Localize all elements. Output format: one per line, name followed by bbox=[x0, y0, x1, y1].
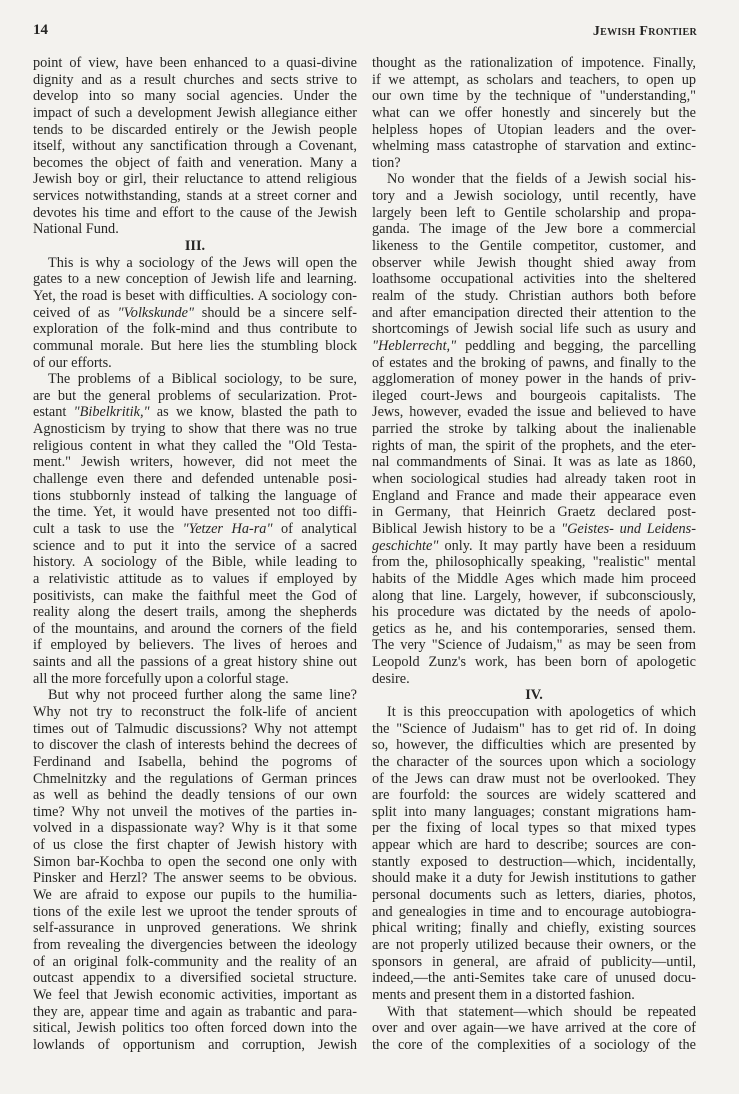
text-line: saints and all the passions of a great h… bbox=[33, 654, 357, 671]
text-line: tory and a Jewish sociology, until recen… bbox=[372, 188, 696, 205]
text-line: Yet, the road is beset with difficulties… bbox=[33, 288, 357, 305]
text-line: stantly exposed to destruction—which, in… bbox=[372, 854, 696, 871]
text-line: self-assurance in unproved generations. … bbox=[33, 920, 357, 937]
text-line: develop into so many social agencies. Un… bbox=[33, 88, 357, 105]
page-number: 14 bbox=[33, 22, 48, 39]
text-line: religious content in what they called th… bbox=[33, 438, 357, 455]
text-line: from revealing the divergencies between … bbox=[33, 937, 357, 954]
text-line: This is why a sociology of the Jews will… bbox=[33, 255, 357, 272]
text-line: tends to be discarded entirely or the Je… bbox=[33, 122, 357, 139]
text-line: habits of the Middle Ages which made him… bbox=[372, 571, 696, 588]
text-line: We are afraid to expose our pupils to th… bbox=[33, 887, 357, 904]
text-line: if employed by believers. The lives of h… bbox=[33, 637, 357, 654]
text-line: along that line. Largely, however, if su… bbox=[372, 588, 696, 605]
text-line: But why not proceed further along the sa… bbox=[33, 687, 357, 704]
text-line: Pinsker and Herzl? The answer seems to b… bbox=[33, 870, 357, 887]
text-line: No wonder that the fields of a Jewish so… bbox=[372, 171, 696, 188]
text-line: parried the stroke by talking about the … bbox=[372, 421, 696, 438]
text-line: ment." Jewish writers, however, did not … bbox=[33, 454, 357, 471]
text-line: loathsome occupational activities into t… bbox=[372, 271, 696, 288]
text-line: as well as behind the deadly tensions of… bbox=[33, 787, 357, 804]
section-heading: III. bbox=[33, 238, 357, 255]
text-line: tion? bbox=[372, 155, 696, 172]
text-line: It is this preoccupation with apologetic… bbox=[372, 704, 696, 721]
text-line: per the fixing of local types so that mi… bbox=[372, 820, 696, 837]
text-line: ceived of as "Volkskunde" should be a si… bbox=[33, 305, 357, 322]
section-heading: IV. bbox=[372, 687, 696, 704]
text-line: Simon bar-Kochba to open the second one … bbox=[33, 854, 357, 871]
text-line: Biblical Jewish history to be a "Geistes… bbox=[372, 521, 696, 538]
text-line: phical writing; finally and chiefly, exi… bbox=[372, 920, 696, 937]
text-line: and after emancipation directed their at… bbox=[372, 305, 696, 322]
text-line: indeed,—the anti-Semites take care of un… bbox=[372, 970, 696, 987]
text-line: gates to a new conception of Jewish life… bbox=[33, 271, 357, 288]
text-line: ileged court-Jews and bourgeois capitali… bbox=[372, 388, 696, 405]
text-line: the "Science of Judaism" has to get rid … bbox=[372, 721, 696, 738]
text-line: of our efforts. bbox=[33, 355, 357, 372]
text-line: ments and present them in a distorted fa… bbox=[372, 987, 696, 1004]
text-line: in Germany, that Heinrich Graetz declare… bbox=[372, 504, 696, 521]
text-line: We feel that Jewish economic activities,… bbox=[33, 987, 357, 1004]
text-line: tions of the exile lest we uproot the te… bbox=[33, 904, 357, 921]
text-line: Leopold Zunz's work, has been born of ap… bbox=[372, 654, 696, 671]
text-line: likeness to the Gentile competitor, cust… bbox=[372, 238, 696, 255]
text-line: all the more forcefully upon a colorful … bbox=[33, 671, 357, 688]
text-line: volved in a dispassionate way? Why is it… bbox=[33, 820, 357, 837]
text-line: With that statement—which should be repe… bbox=[372, 1004, 696, 1021]
text-line: shortcomings of Jewish social life such … bbox=[372, 321, 696, 338]
text-line: if we attempt, as scholars and teachers,… bbox=[372, 72, 696, 89]
text-line: Jews, however, evaded the issue and beli… bbox=[372, 404, 696, 421]
text-line: from the, philosophically speaking, "rea… bbox=[372, 554, 696, 571]
text-line: science and to put it into the service o… bbox=[33, 538, 357, 555]
text-line: outcast appendix to a diversified societ… bbox=[33, 970, 357, 987]
text-line: are but the general problems of seculari… bbox=[33, 388, 357, 405]
text-line: rights of man, the spirit of the prophet… bbox=[372, 438, 696, 455]
text-line: England and France and made their appear… bbox=[372, 488, 696, 505]
text-line: challenge even there and defended untena… bbox=[33, 471, 357, 488]
text-line: services notwithstanding, stands at a st… bbox=[33, 188, 357, 205]
text-line: the character of the sources upon which … bbox=[372, 754, 696, 771]
text-line: agglomeration of money power in the hand… bbox=[372, 371, 696, 388]
text-line: times out of Talmudic discussions? Why n… bbox=[33, 721, 357, 738]
text-line: cult a task to use the "Yetzer Ha-ra" of… bbox=[33, 521, 357, 538]
text-line: and genealogies in time and to encourage… bbox=[372, 904, 696, 921]
text-line: Why not try to reconstruct the folk-life… bbox=[33, 704, 357, 721]
text-line: his procedure was dictated by the needs … bbox=[372, 604, 696, 621]
text-line: are not properly utilized because their … bbox=[372, 937, 696, 954]
text-line: tions stubbornly instead of talking the … bbox=[33, 488, 357, 505]
text-line: our own time by the technique of "unders… bbox=[372, 88, 696, 105]
text-line: exploration of the folk-mind and thus co… bbox=[33, 321, 357, 338]
text-line: desire. bbox=[372, 671, 696, 688]
right-column: thought as the rationalization of impote… bbox=[372, 55, 696, 1053]
text-line: they are, appear time and again as traba… bbox=[33, 1004, 357, 1021]
text-line: sponsors in general, are afraid of publi… bbox=[372, 954, 696, 971]
text-line: of the mountains, and around the corners… bbox=[33, 621, 357, 638]
text-line: what can we offer honestly and sincerely… bbox=[372, 105, 696, 122]
text-line: over and over again—we have arrived at t… bbox=[372, 1020, 696, 1037]
text-line: becomes the object of faith and venerati… bbox=[33, 155, 357, 172]
text-line: largely been left to Gentile scholarship… bbox=[372, 205, 696, 222]
text-line: realm of the study. Christian authors bo… bbox=[372, 288, 696, 305]
text-line: appear which are hard to describe; sourc… bbox=[372, 837, 696, 854]
text-line: Jewish boy or girl, their reluctance to … bbox=[33, 171, 357, 188]
left-column: point of view, have been enhanced to a q… bbox=[33, 55, 357, 1053]
text-line: itself, without any sanctification throu… bbox=[33, 138, 357, 155]
text-line: point of view, have been enhanced to a q… bbox=[33, 55, 357, 72]
text-line: the time. Yet, it would have presented n… bbox=[33, 504, 357, 521]
text-line: devotes his time and effort to the cause… bbox=[33, 205, 357, 222]
text-line: estant "Bibelkritik," as we know, blaste… bbox=[33, 404, 357, 421]
text-line: history. A sociology of the Bible, while… bbox=[33, 554, 357, 571]
text-line: personal documents such as letters, diar… bbox=[372, 887, 696, 904]
running-head: Jewish Frontier bbox=[593, 24, 697, 40]
text-line: The problems of a Biblical sociology, to… bbox=[33, 371, 357, 388]
text-line: impact of such a development Jewish alle… bbox=[33, 105, 357, 122]
text-line: National Fund. bbox=[33, 221, 357, 238]
text-line: of an original folk-community and the re… bbox=[33, 954, 357, 971]
text-line: of estates and the broking of pawns, and… bbox=[372, 355, 696, 372]
text-line: nal commandments of Sinai. It was as lat… bbox=[372, 454, 696, 471]
text-line: a relativistic attitude as to values if … bbox=[33, 571, 357, 588]
text-line: of the Jews can draw must not be overloo… bbox=[372, 771, 696, 788]
text-line: ganda. The image of the Jew bore a comme… bbox=[372, 221, 696, 238]
text-line: Ferdinand and Isabella, behind the pogro… bbox=[33, 754, 357, 771]
text-line: dignity and as a result churches and sec… bbox=[33, 72, 357, 89]
text-line: when sociological studies had already ta… bbox=[372, 471, 696, 488]
text-line: to discover the clash of interests behin… bbox=[33, 737, 357, 754]
text-line: Chmelnitzky and the regulations of Germa… bbox=[33, 771, 357, 788]
text-line: so, however, the difficulties which are … bbox=[372, 737, 696, 754]
text-line: lowlands of opportunism and corruption, … bbox=[33, 1037, 357, 1054]
text-line: split into many languages; constant migr… bbox=[372, 804, 696, 821]
text-line: positivists, can make the faithful meet … bbox=[33, 588, 357, 605]
text-line: the core of the complexities of a sociol… bbox=[372, 1037, 696, 1054]
text-line: are fourfold: the sources are widely sca… bbox=[372, 787, 696, 804]
text-line: should make it a duty for Jewish institu… bbox=[372, 870, 696, 887]
text-line: helpless hopes of Utopian leaders and th… bbox=[372, 122, 696, 139]
text-line: of us close the first chapter of Jewish … bbox=[33, 837, 357, 854]
text-line: observer while Jewish thought shied away… bbox=[372, 255, 696, 272]
text-line: "Heblerrecht," peddling and begging, the… bbox=[372, 338, 696, 355]
text-line: getics as he, and his contemporaries, se… bbox=[372, 621, 696, 638]
text-line: sitical, Jewish politics too often force… bbox=[33, 1020, 357, 1037]
text-line: time? Why not unveil the motives of the … bbox=[33, 804, 357, 821]
text-line: geschichte" only. It may partly have bee… bbox=[372, 538, 696, 555]
text-line: reality along the desert trails, among t… bbox=[33, 604, 357, 621]
text-line: communal morale. But here lies the stumb… bbox=[33, 338, 357, 355]
text-line: thought as the rationalization of impote… bbox=[372, 55, 696, 72]
text-line: The very "Science of Judaism," as may be… bbox=[372, 637, 696, 654]
text-line: whelming mass catastrophe of starvation … bbox=[372, 138, 696, 155]
text-line: Agnosticism by trying to show that there… bbox=[33, 421, 357, 438]
